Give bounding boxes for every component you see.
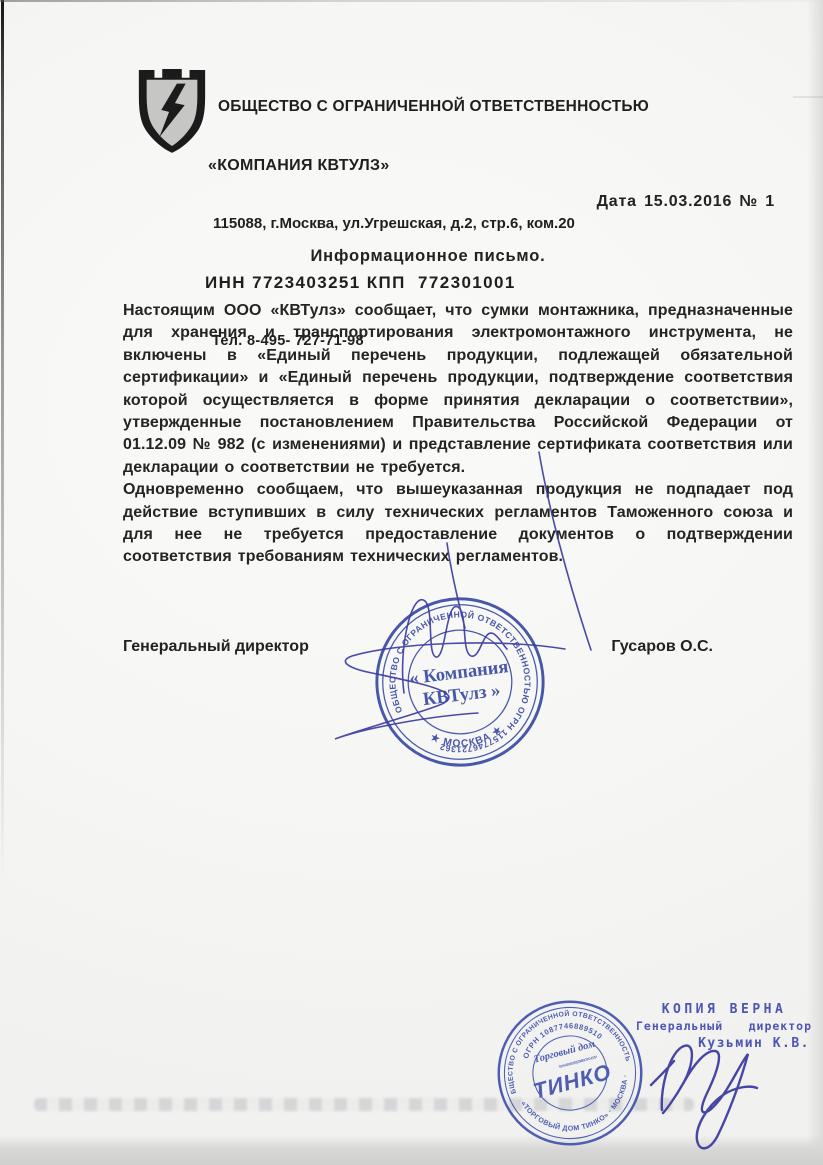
paragraph-1: Настоящим ООО «КВТулз» сообщает, что сум… [123, 300, 793, 479]
copy-signatory-name: Кузьмин К.В. [636, 1035, 812, 1052]
ink-kuzmin-signature [651, 1046, 757, 1149]
paper-fold-mark [793, 96, 823, 138]
paragraph-2: Одновременно сообщаем, что вышеуказанная… [123, 479, 793, 569]
tinko-logo-text: ТИНКО [531, 1059, 614, 1104]
scan-edge-right [807, 0, 823, 1165]
scan-edge-left [1, 0, 4, 880]
letter-body: Настоящим ООО «КВТулз» сообщает, что сум… [123, 300, 793, 569]
copy-verna-label: КОПИЯ ВЕРНА [636, 1001, 812, 1018]
org-name: «КОМПАНИЯ КВТУЛЗ» [205, 155, 649, 178]
scan-edge-top [0, 0, 823, 2]
org-inn-kpp: ИНН 7723403251 КПП 772301001 [205, 272, 649, 295]
date-line: Дата 15.03.2016 № 1 [597, 193, 775, 211]
shield-lightning-icon [133, 62, 211, 156]
org-address: 115088, г.Москва, ул.Угрешская, д.2, стр… [205, 213, 649, 236]
letter-title: Информационное письмо. [123, 247, 733, 266]
copy-certification-block: КОПИЯ ВЕРНА Генеральный директор Кузьмин… [636, 1001, 812, 1052]
signatory-name: Гусаров О.С. [611, 638, 793, 656]
copy-position-right: директор [749, 1018, 812, 1035]
tinko-round-stamp: ОБЩЕСТВО С ОГРАНИЧЕННОЙ ОТВЕТСТВЕННОСТЬЮ… [494, 997, 646, 1149]
copy-position-left: Генеральный [636, 1018, 723, 1035]
org-type: ОБЩЕСТВО С ОГРАНИЧЕННОЙ ОТВЕТСТВЕННОСТЬЮ [205, 96, 649, 119]
company-round-stamp: ОБЩЕСТВО С ОГРАНИЧЕННОЙ ОТВЕТСТВЕННОСТЬЮ… [372, 594, 548, 770]
signatory-position: Генеральный директор [123, 638, 309, 656]
scan-shadow-bottom [0, 1135, 823, 1165]
scanned-letter-page: ОБЩЕСТВО С ОГРАНИЧЕННОЙ ОТВЕТСТВЕННОСТЬЮ… [0, 0, 823, 1165]
